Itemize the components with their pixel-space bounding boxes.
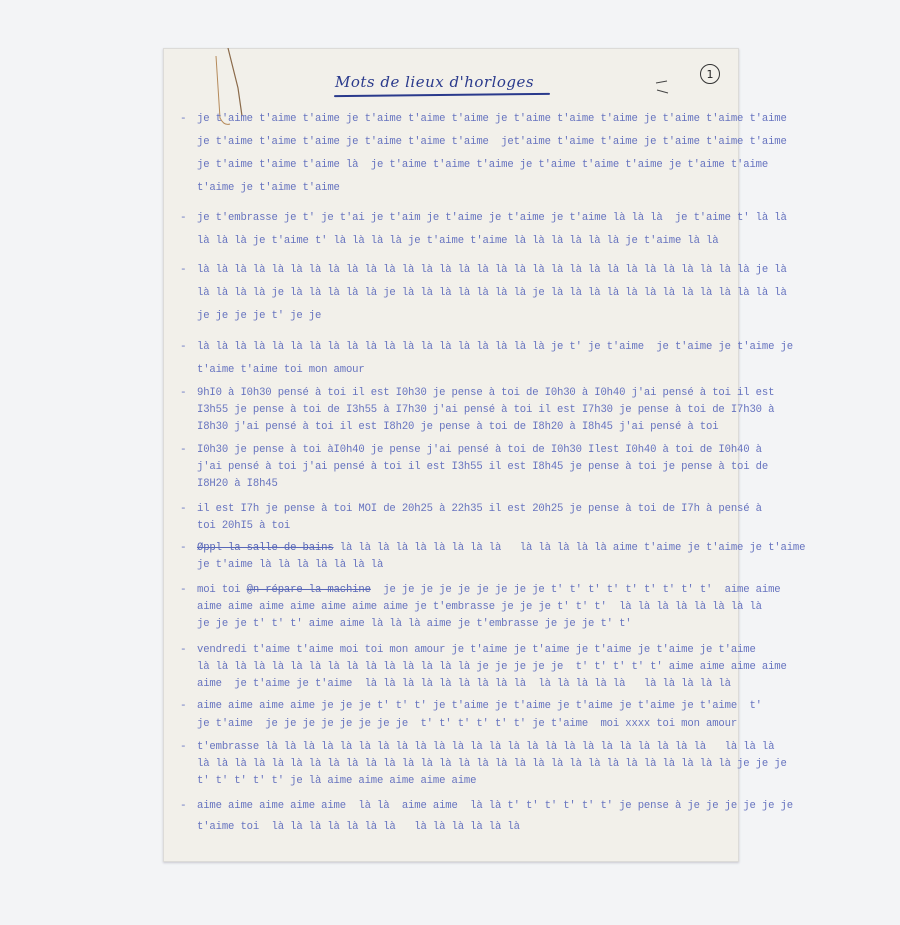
- paragraph-dash: -: [180, 387, 187, 399]
- paragraph-dash: -: [180, 264, 187, 276]
- text-line: t'embrasse là là là là là là là là là là…: [197, 741, 774, 753]
- text-line: vendredi t'aime t'aime moi toi mon amour…: [197, 644, 756, 656]
- paragraph-dash: -: [180, 800, 187, 812]
- paragraph-dash: -: [180, 113, 187, 125]
- text-line: I3h55 je pense à toi de I3h55 à I7h30 j'…: [197, 404, 774, 416]
- text-line: I0h30 je pense à toi àI0h40 je pense j'a…: [197, 444, 762, 456]
- paragraph-dash: -: [180, 503, 187, 515]
- struck-out-text: @n répare la machine: [247, 584, 371, 596]
- text-line: Øppl la salle de bains là là là là là là…: [197, 542, 805, 554]
- margin-slash-mark: [655, 80, 669, 94]
- text-line: t'aime t'aime toi mon amour: [197, 364, 365, 376]
- text-line: je t'aime je je je je je je je je t' t' …: [197, 718, 737, 730]
- text-line: aime je t'aime je t'aime là là là là là …: [197, 678, 731, 690]
- text-line: là là là là je là là là là là je là là l…: [197, 287, 787, 299]
- handwritten-title: Mots de lieux d'horloges: [335, 73, 534, 91]
- text-line: il est I7h je pense à toi MOI de 20h25 à…: [197, 503, 762, 515]
- text-line: là là là là là là là là là là là là là l…: [197, 661, 787, 673]
- text-line: je je je t' t' t' aime aime là là là aim…: [197, 618, 632, 630]
- struck-out-text: Øppl la salle de bains: [197, 542, 334, 554]
- text-line: aime aime aime aime aime là là aime aime…: [197, 800, 793, 812]
- text-line: j'ai pensé à toi j'ai pensé à toi il est…: [197, 461, 768, 473]
- text-line: je t'aime t'aime t'aime je t'aime t'aime…: [197, 113, 787, 125]
- paragraph-dash: -: [180, 741, 187, 753]
- text-line: I8H20 à I8h45: [197, 478, 278, 490]
- text-line: je t'embrasse je t' je t'ai je t'aim je …: [197, 212, 787, 224]
- text-line: là là là là là là là là là là là là là l…: [197, 341, 793, 353]
- text-line: t' t' t' t' t' je là aime aime aime aime…: [197, 775, 476, 787]
- text-line: je t'aime t'aime t'aime je t'aime t'aime…: [197, 136, 787, 148]
- text-line: je t'aime là là là là là là là: [197, 559, 383, 571]
- text-line: là là là là là là là là là là là là là l…: [197, 758, 787, 770]
- text-line: moi toi @n répare la machine je je je je…: [197, 584, 781, 596]
- text-line: je t'aime t'aime t'aime là je t'aime t'a…: [197, 159, 768, 171]
- text-line: I8h30 j'ai pensé à toi il est I8h20 je p…: [197, 421, 718, 433]
- text-line: 9hI0 à I0h30 pensé à toi il est I0h30 je…: [197, 387, 774, 399]
- text-line: là là là là là là là là là là là là là l…: [197, 264, 787, 276]
- text-line: toi 20hI5 à toi: [197, 520, 290, 532]
- paragraph-dash: -: [180, 341, 187, 353]
- paragraph-dash: -: [180, 700, 187, 712]
- paragraph-dash: -: [180, 644, 187, 656]
- paragraph-dash: -: [180, 542, 187, 554]
- text-line: aime aime aime aime je je je t' t' t' je…: [197, 700, 762, 712]
- text-line: là là là je t'aime t' là là là là je t'a…: [197, 235, 718, 247]
- text-line: t'aime toi là là là là là là là là là là…: [197, 821, 520, 833]
- text-line: aime aime aime aime aime aime aime je t'…: [197, 601, 762, 613]
- paragraph-dash: -: [180, 584, 187, 596]
- paragraph-dash: -: [180, 212, 187, 224]
- text-line: je je je je t' je je: [197, 310, 321, 322]
- page-number: 1: [700, 64, 720, 84]
- paragraph-dash: -: [180, 444, 187, 456]
- text-line: t'aime je t'aime t'aime: [197, 182, 340, 194]
